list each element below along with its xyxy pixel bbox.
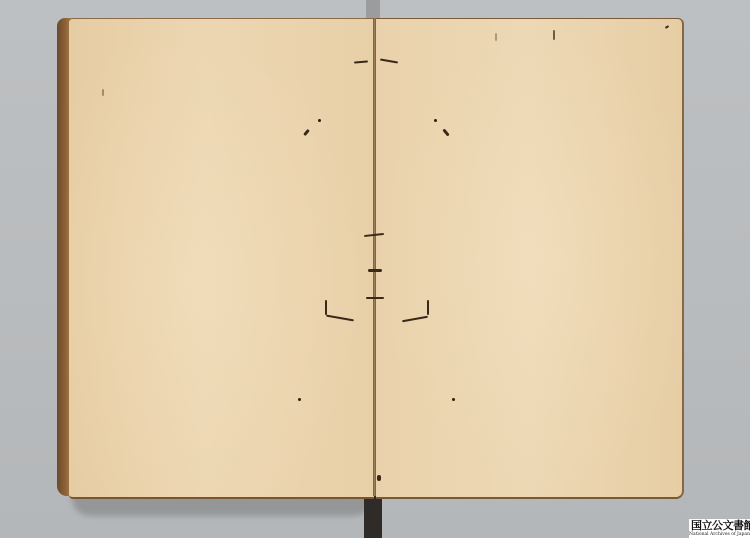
- binding-mark: [368, 269, 382, 272]
- right-page: [376, 18, 684, 499]
- spine-top: [366, 0, 380, 20]
- wormhole-mark: [553, 30, 555, 40]
- left-page: [69, 18, 374, 499]
- book-gutter: [373, 18, 376, 496]
- binding-thread-left: [325, 300, 327, 315]
- ink-dot: [434, 119, 437, 122]
- ink-dot: [318, 119, 321, 122]
- ink-dot: [452, 398, 455, 401]
- binding-thread-right: [427, 300, 429, 315]
- ink-dot: [298, 398, 301, 401]
- binding-mark: [366, 297, 384, 299]
- wormhole-mark: [495, 33, 497, 41]
- watermark-english: National Archives of Japan: [689, 531, 750, 538]
- edge-mark: [377, 475, 381, 481]
- archive-watermark: 国立公文書館 National Archives of Japan: [689, 519, 750, 538]
- wormhole-mark: [102, 89, 104, 96]
